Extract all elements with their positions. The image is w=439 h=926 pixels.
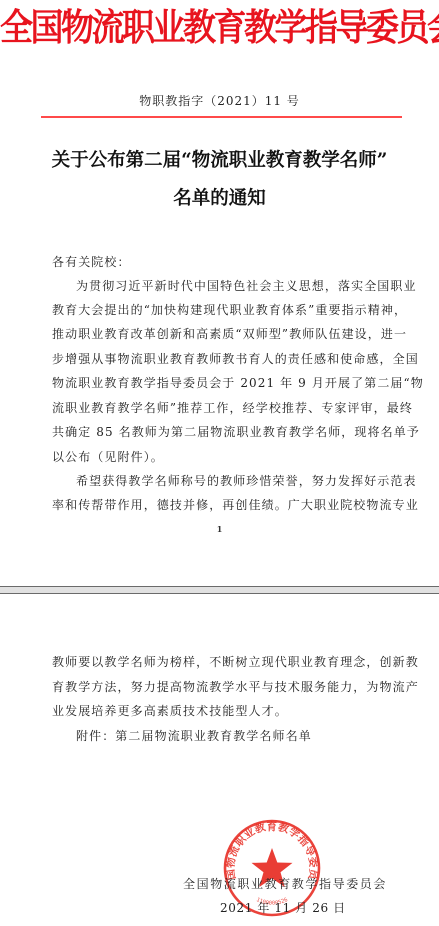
page-break-separator (0, 586, 439, 594)
body-paragraph-line: 以公布（见附件）。 (52, 449, 392, 465)
attachment-line: 附件：第二届物流职业教育教学名师名单 (76, 728, 392, 744)
body-paragraph-line: 教育大会提出的“加快构建现代职业教育体系”重要指示精神， (52, 302, 392, 318)
body-paragraph-line: 共确定 85 名教师为第二届物流职业教育教学名师，现将名单予 (52, 424, 392, 440)
document-page-1: 全国物流职业教育教学指导委员会文件 物职教指字（2021）11 号 关于公布第二… (0, 0, 439, 586)
issuer-red-header: 全国物流职业教育教学指导委员会文件 (0, 4, 439, 51)
body-paragraph-line: 流职业教育教学名师”推荐工作，经学校推荐、专家评审，最终 (52, 400, 392, 416)
signature-date: 2021 年 11 月 26 日 (220, 900, 346, 916)
document-number: 物职教指字（2021）11 号 (0, 93, 439, 109)
signature-issuer: 全国物流职业教育教学指导委员会 (183, 876, 387, 892)
body-paragraph-line: 率和传帮带作用，德技并修，再创佳绩。广大职业院校物流专业 (52, 497, 392, 513)
notice-title-line-2: 名单的通知 (0, 186, 439, 212)
body-paragraph-line: 希望获得教学名师称号的教师珍惜荣誉，努力发挥好示范表 (76, 473, 392, 489)
page-number: 1 (0, 524, 439, 534)
body-paragraph-line: 育教学方法，努力提高物流教学水平与技术服务能力，为物流产 (52, 679, 392, 695)
salutation: 各有关院校： (52, 254, 392, 270)
body-paragraph-line: 业发展培养更多高素质技术技能型人才。 (52, 703, 392, 719)
body-paragraph-line: 推动职业教育改革创新和高素质“双师型”教师队伍建设，进一 (52, 326, 392, 342)
body-paragraph-line: 物流职业教育教学指导委员会于 2021 年 9 月开展了第二届“物 (52, 375, 392, 391)
body-paragraph-line: 教师要以教学名师为榜样，不断树立现代职业教育理念，创新教 (52, 654, 392, 670)
notice-title-line-1: 关于公布第二届“物流职业教育教学名师” (0, 148, 439, 174)
red-divider-rule (41, 116, 402, 118)
body-paragraph-line: 步增强从事物流职业教育教师教书育人的责任感和使命感，全国 (52, 351, 392, 367)
body-paragraph-line: 为贯彻习近平新时代中国特色社会主义思想，落实全国职业 (76, 278, 392, 294)
